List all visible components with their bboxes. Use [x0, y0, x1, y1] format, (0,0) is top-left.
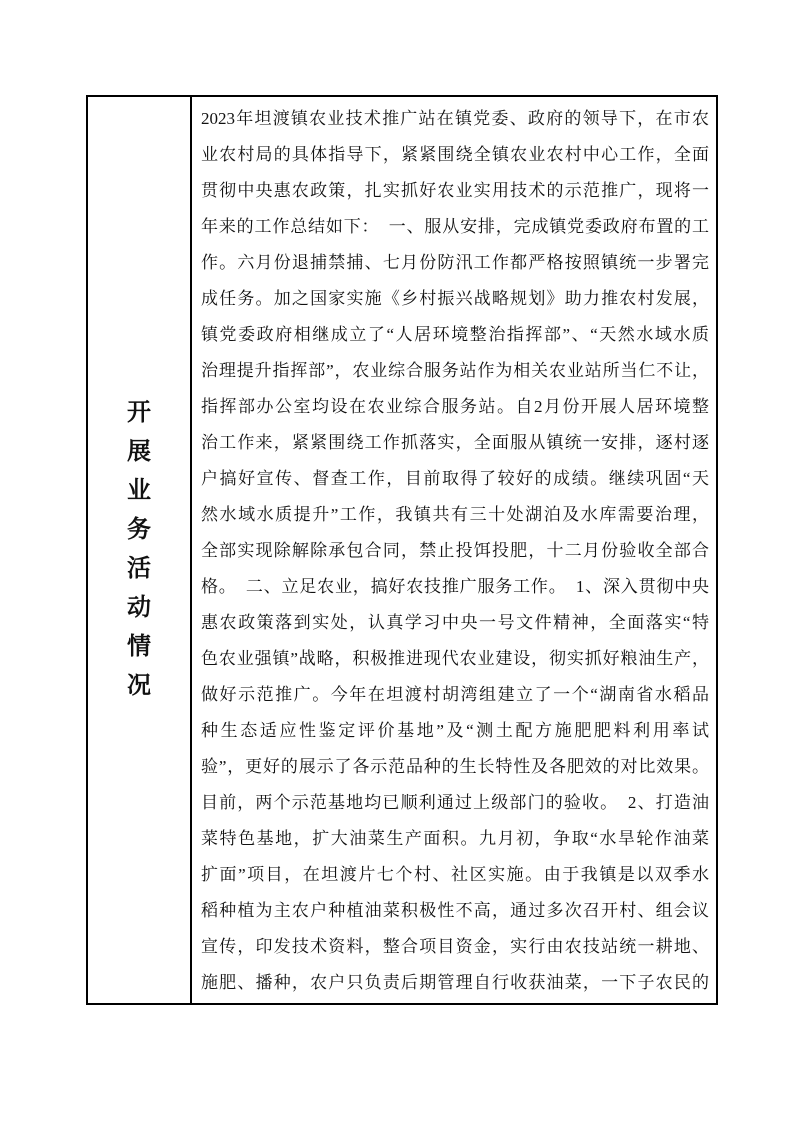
- row-header-char: 活: [127, 550, 151, 589]
- row-body-cell: 2023年坦渡镇农业技术推广站在镇党委、政府的领导下，在市农业农村局的具体指导下…: [192, 97, 716, 1003]
- row-header-char: 业: [127, 472, 151, 511]
- page: 开展业务活动情况 2023年坦渡镇农业技术推广站在镇党委、政府的领导下，在市农业…: [0, 0, 794, 1122]
- text-line: 做好示范推广。今年在坦渡村胡湾组建立了一个“湖南省水稻品: [201, 677, 709, 713]
- text-line: 业农村局的具体指导下，紧紧围绕全镇农业农村中心工作，全面: [201, 137, 709, 173]
- text-line: 种生态适应性鉴定评价基地”及“测土配方施肥肥料利用率试: [201, 713, 709, 749]
- text-line: 治理提升指挥部”，农业综合服务站作为相关农业站所当仁不让，: [201, 353, 709, 389]
- row-header-char: 开: [127, 394, 151, 433]
- text-line: 户搞好宣传、督查工作，目前取得了较好的成绩。继续巩固“天: [201, 461, 709, 497]
- text-line: 镇党委政府相继成立了“人居环境整治指挥部”、“天然水域水质: [201, 317, 709, 353]
- summary-table: 开展业务活动情况 2023年坦渡镇农业技术推广站在镇党委、政府的领导下，在市农业…: [86, 95, 718, 1005]
- work-summary-paragraph: 2023年坦渡镇农业技术推广站在镇党委、政府的领导下，在市农业农村局的具体指导下…: [201, 101, 709, 1001]
- row-header-vertical-text: 开展业务活动情况: [127, 394, 151, 706]
- text-line: 治工作来，紧紧围绕工作抓落实，全面服从镇统一安排，逐村逐: [201, 425, 709, 461]
- text-line: 色农业强镇”战略，积极推进现代农业建设，彻实抓好粮油生产，: [201, 641, 709, 677]
- text-line: 验”，更好的展示了各示范品种的生长特性及各肥效的对比效果。: [201, 749, 709, 785]
- text-line: 宣传，印发技术资料，整合项目资金，实行由农技站统一耕地、: [201, 929, 709, 965]
- text-line: 目前，两个示范基地均已顺利通过上级部门的验收。 2、打造油: [201, 785, 709, 821]
- text-line: 格。 二、立足农业，搞好农技推广服务工作。 1、深入贯彻中央: [201, 569, 709, 605]
- text-line: 2023年坦渡镇农业技术推广站在镇党委、政府的领导下，在市农: [201, 101, 709, 137]
- row-header-char: 动: [127, 589, 151, 628]
- text-line: 然水域水质提升”工作，我镇共有三十处湖泊及水库需要治理，: [201, 497, 709, 533]
- text-line: 菜特色基地，扩大油菜生产面积。九月初，争取“水旱轮作油菜: [201, 821, 709, 857]
- text-line: 指挥部办公室均设在农业综合服务站。自2月份开展人居环境整: [201, 389, 709, 425]
- row-header-cell: 开展业务活动情况: [88, 97, 192, 1003]
- text-line: 施肥、播种，农户只负责后期管理自行收获油菜，一下子农民的: [201, 965, 709, 1001]
- text-line: 贯彻中央惠农政策，扎实抓好农业实用技术的示范推广，现将一: [201, 173, 709, 209]
- row-header-char: 务: [127, 511, 151, 550]
- row-header-char: 展: [127, 433, 151, 472]
- row-header-char: 况: [127, 667, 151, 706]
- text-line: 年来的工作总结如下： 一、服从安排，完成镇党委政府布置的工: [201, 209, 709, 245]
- text-line: 稻种植为主农户种植油菜积极性不高，通过多次召开村、组会议: [201, 893, 709, 929]
- text-line: 成任务。加之国家实施《乡村振兴战略规划》助力推农村发展，: [201, 281, 709, 317]
- text-line: 扩面”项目，在坦渡片七个村、社区实施。由于我镇是以双季水: [201, 857, 709, 893]
- text-line: 全部实现除解除承包合同，禁止投饵投肥，十二月份验收全部合: [201, 533, 709, 569]
- text-line: 作。六月份退捕禁捕、七月份防汛工作都严格按照镇统一步署完: [201, 245, 709, 281]
- text-line: 惠农政策落到实处，认真学习中央一号文件精神，全面落实“特: [201, 605, 709, 641]
- row-header-char: 情: [127, 628, 151, 667]
